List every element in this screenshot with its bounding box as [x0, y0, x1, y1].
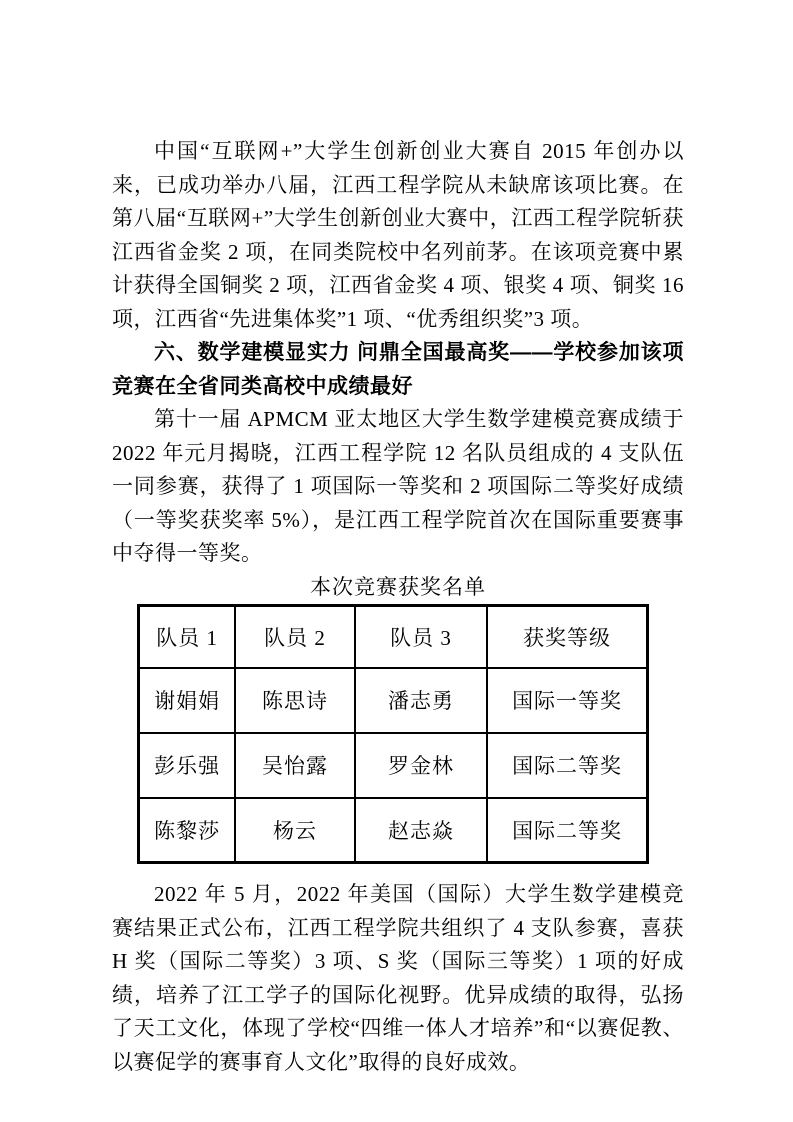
paragraph-internet-plus-competition: 中国“互联网+”大学生创新创业大赛自 2015 年创办以来，已成功举办八届，江西… [112, 135, 684, 336]
header-cell-member2: 队员 2 [235, 606, 355, 668]
table-cell: 彭乐强 [139, 733, 236, 798]
document-page: 中国“互联网+”大学生创新创业大赛自 2015 年创办以来，已成功举办八届，江西… [0, 0, 793, 1122]
header-cell-member3: 队员 3 [355, 606, 487, 668]
table-header-row: 队员 1 队员 2 队员 3 获奖等级 [139, 606, 648, 668]
table-cell: 国际二等奖 [487, 733, 647, 798]
awards-table: 队员 1 队员 2 队员 3 获奖等级 谢娟娟 陈思诗 潘志勇 国际一等奖 彭乐… [137, 604, 649, 864]
table-cell: 国际二等奖 [487, 798, 647, 863]
paragraph-apmcm-contest: 第十一届 APMCM 亚太地区大学生数学建模竞赛成绩于 2022 年元月揭晓，江… [112, 403, 684, 571]
document-content: 中国“互联网+”大学生创新创业大赛自 2015 年创办以来，已成功举办八届，江西… [112, 135, 684, 1079]
header-cell-award-level: 获奖等级 [487, 606, 647, 668]
awards-table-caption: 本次竞赛获奖名单 [112, 571, 684, 605]
table-cell: 潘志勇 [355, 668, 487, 733]
table-cell: 吴怡露 [235, 733, 355, 798]
table-row: 陈黎莎 杨云 赵志焱 国际二等奖 [139, 798, 648, 863]
table-cell: 国际一等奖 [487, 668, 647, 733]
table-cell: 谢娟娟 [139, 668, 236, 733]
table-cell: 陈黎莎 [139, 798, 236, 863]
table-cell: 赵志焱 [355, 798, 487, 863]
header-cell-member1: 队员 1 [139, 606, 236, 668]
table-cell: 杨云 [235, 798, 355, 863]
table-cell: 罗金林 [355, 733, 487, 798]
table-cell: 陈思诗 [235, 668, 355, 733]
table-row: 谢娟娟 陈思诗 潘志勇 国际一等奖 [139, 668, 648, 733]
paragraph-mcm-contest: 2022 年 5 月，2022 年美国（国际）大学生数学建模竞赛结果正式公布，江… [112, 878, 684, 1079]
section-heading: 六、数学建模显实力 问鼎全国最高奖——学校参加该项竞赛在全省同类高校中成绩最好 [112, 336, 684, 403]
table-row: 彭乐强 吴怡露 罗金林 国际二等奖 [139, 733, 648, 798]
